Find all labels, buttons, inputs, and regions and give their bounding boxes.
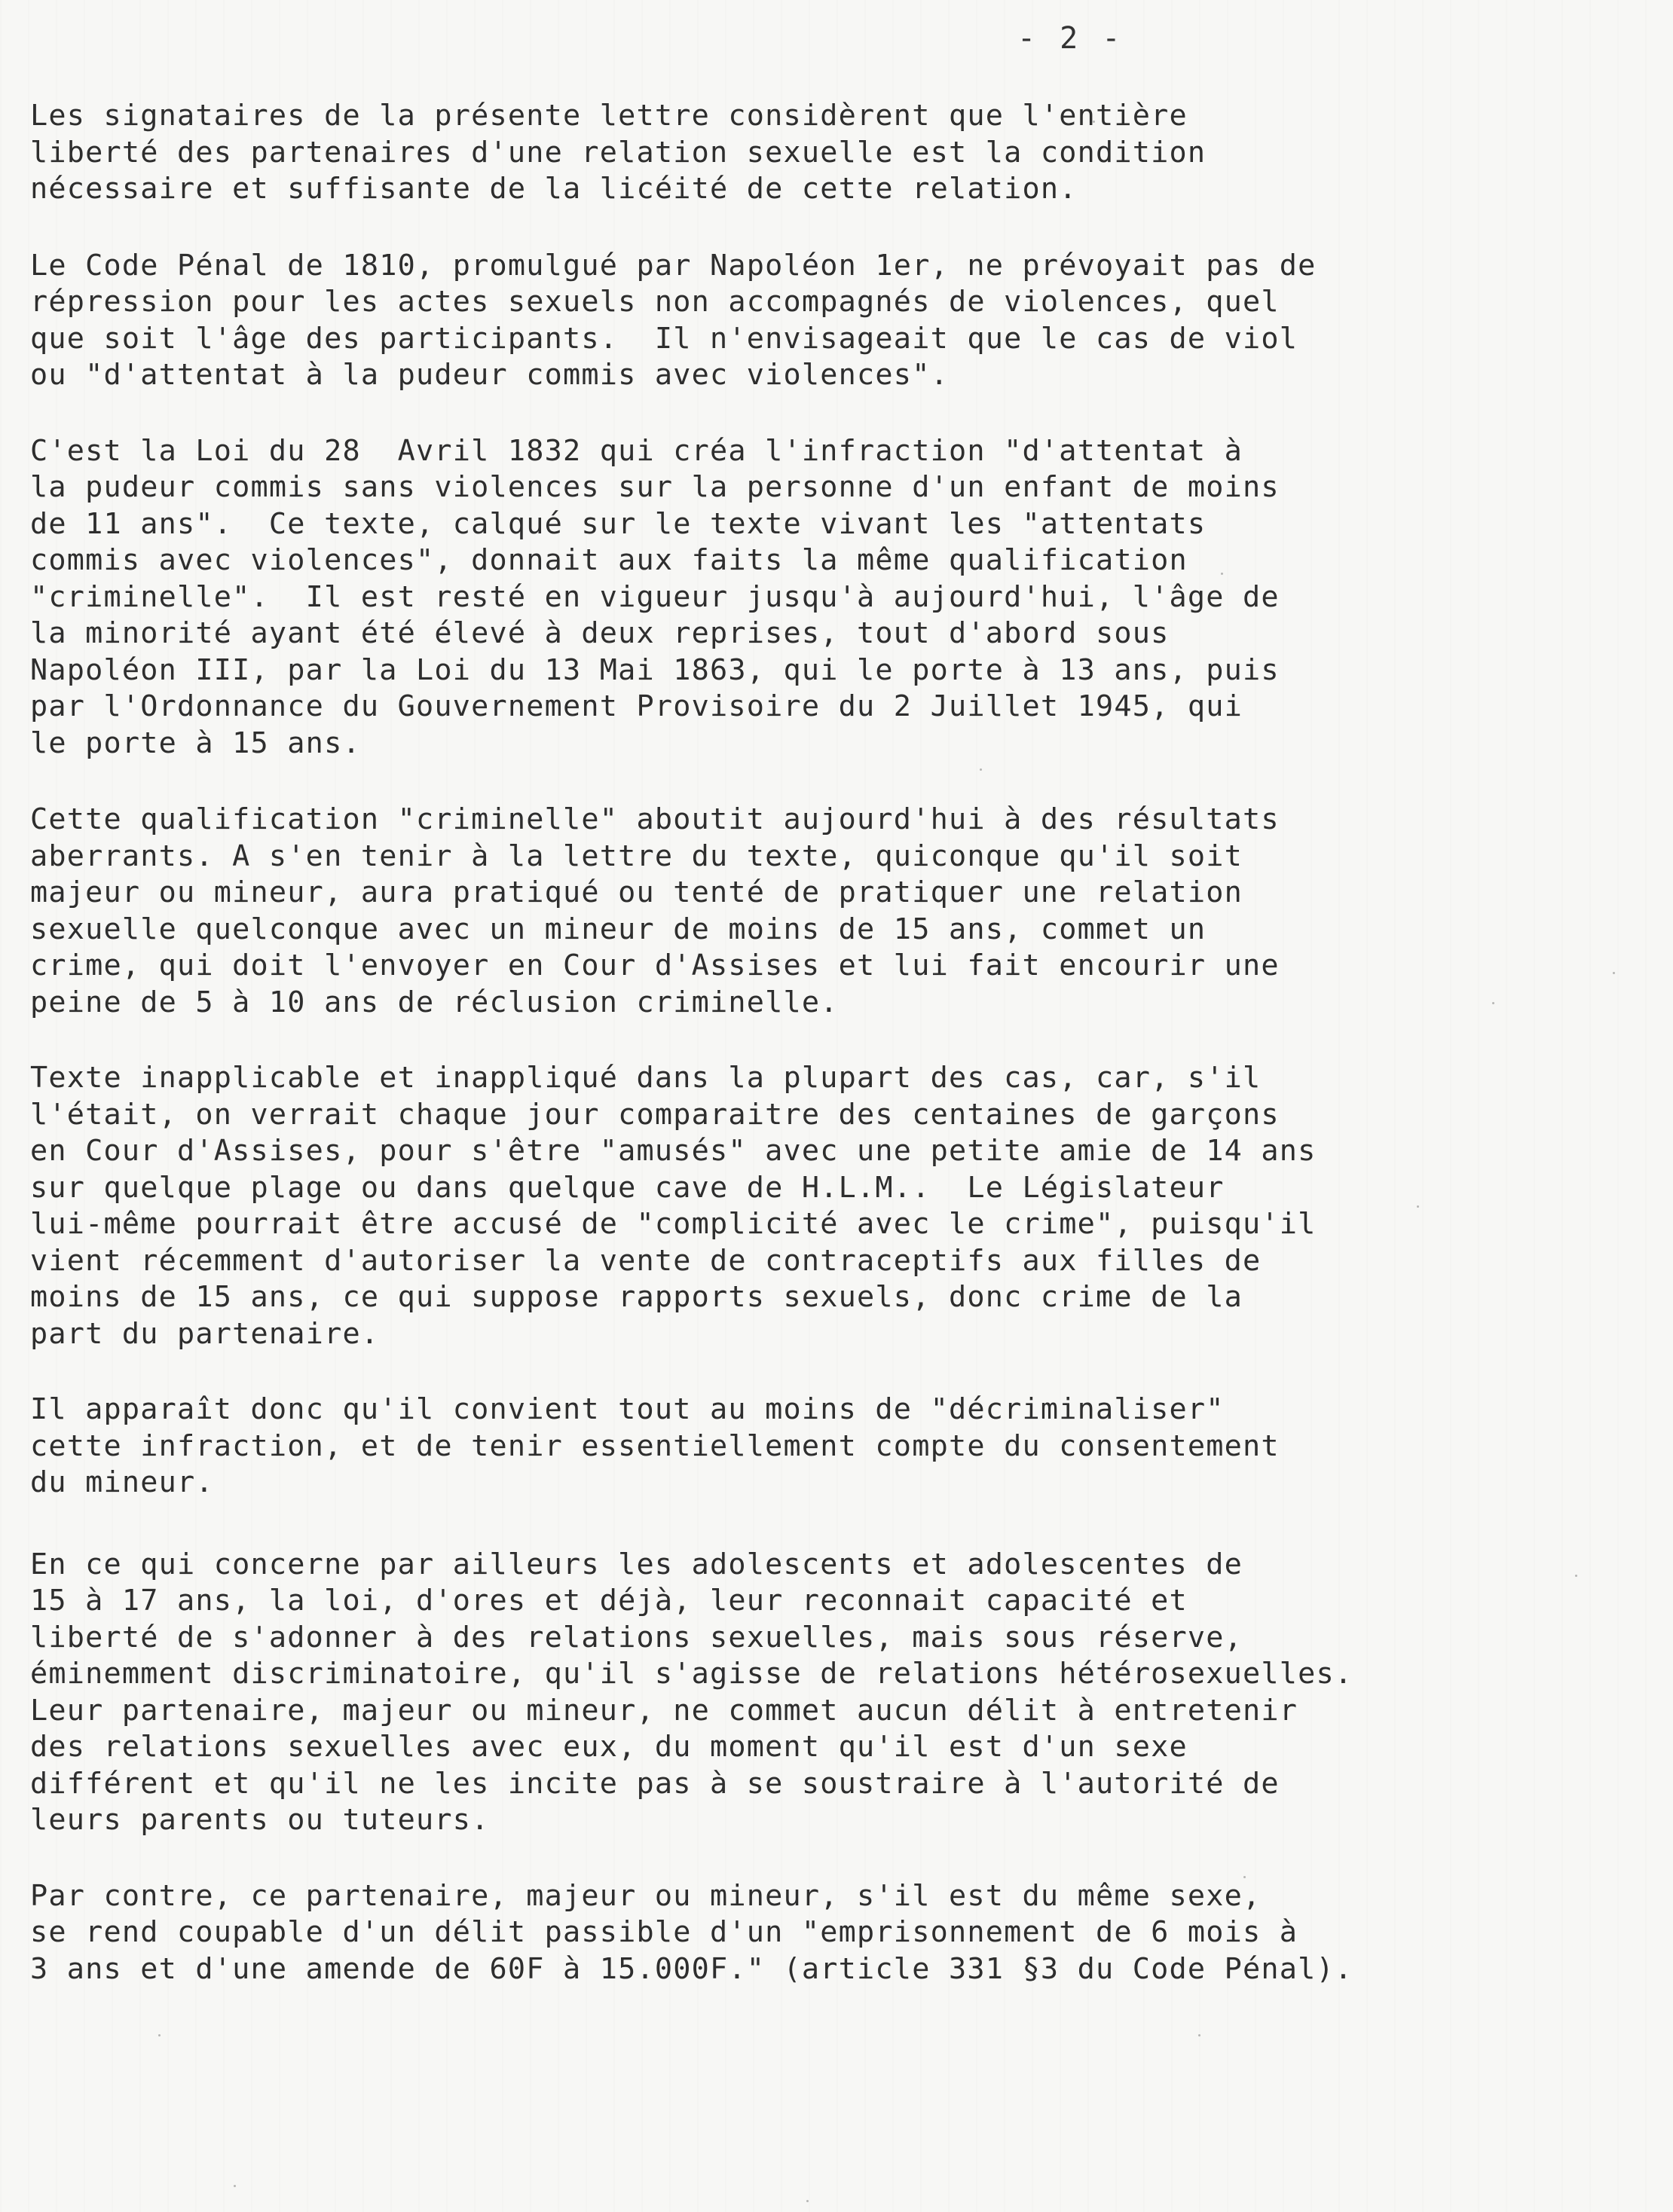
text-line: des relations sexuelles avec eux, du mom…: [30, 1729, 1665, 1766]
text-line: sur quelque plage ou dans quelque cave d…: [30, 1170, 1665, 1207]
text-line: leurs parents ou tuteurs.: [30, 1802, 1665, 1839]
speck-mark: [1575, 1575, 1577, 1577]
text-line: Napoléon III, par la Loi du 13 Mai 1863,…: [30, 652, 1665, 689]
speck-mark: [1198, 2034, 1200, 2036]
text-line: En ce qui concerne par ailleurs les adol…: [30, 1547, 1665, 1584]
text-line: crime, qui doit l'envoyer en Cour d'Assi…: [30, 948, 1665, 985]
paragraph: Cette qualification "criminelle" aboutit…: [30, 802, 1665, 1021]
text-line: nécessaire et suffisante de la licéité d…: [30, 171, 1665, 208]
paragraph: Les signataires de la présente lettre co…: [30, 98, 1665, 208]
text-line: Il apparaît donc qu'il convient tout au …: [30, 1392, 1665, 1428]
text-line: peine de 5 à 10 ans de réclusion crimine…: [30, 985, 1665, 1022]
speck-mark: [234, 2185, 236, 2187]
paragraph: Il apparaît donc qu'il convient tout au …: [30, 1392, 1665, 1502]
paragraph: Le Code Pénal de 1810, promulgué par Nap…: [30, 248, 1665, 394]
text-line: éminemment discriminatoire, qu'il s'agis…: [30, 1656, 1665, 1693]
page-number: - 2 -: [1017, 21, 1123, 56]
text-line: 3 ans et d'une amende de 60F à 15.000F."…: [30, 1951, 1665, 1988]
text-line: la minorité ayant été élevé à deux repri…: [30, 616, 1665, 652]
text-line: majeur ou mineur, aura pratiqué ou tenté…: [30, 875, 1665, 912]
text-line: Le Code Pénal de 1810, promulgué par Nap…: [30, 248, 1665, 285]
text-line: liberté des partenaires d'une relation s…: [30, 135, 1665, 172]
text-line: le porte à 15 ans.: [30, 726, 1665, 762]
text-line: l'était, on verrait chaque jour comparai…: [30, 1097, 1665, 1134]
speck-mark: [980, 768, 982, 771]
text-line: de 11 ans". Ce texte, calqué sur le text…: [30, 506, 1665, 543]
paragraph: Par contre, ce partenaire, majeur ou min…: [30, 1878, 1665, 1988]
text-line: se rend coupable d'un délit passible d'u…: [30, 1914, 1665, 1951]
speck-mark: [158, 2034, 161, 2036]
speck-mark: [1492, 1002, 1494, 1004]
text-line: la pudeur commis sans violences sur la p…: [30, 469, 1665, 506]
text-line: vient récemment d'autoriser la vente de …: [30, 1243, 1665, 1280]
speck-mark: [1613, 972, 1615, 974]
text-line: Texte inapplicable et inappliqué dans la…: [30, 1060, 1665, 1097]
text-line: Les signataires de la présente lettre co…: [30, 98, 1665, 135]
text-line: ou "d'attentat à la pudeur commis avec v…: [30, 357, 1665, 394]
text-line: lui-même pourrait être accusé de "compli…: [30, 1206, 1665, 1243]
text-line: moins de 15 ans, ce qui suppose rapports…: [30, 1279, 1665, 1316]
text-line: commis avec violences", donnait aux fait…: [30, 542, 1665, 579]
text-line: C'est la Loi du 28 Avril 1832 qui créa l…: [30, 433, 1665, 470]
text-line: par l'Ordonnance du Gouvernement Proviso…: [30, 689, 1665, 726]
text-line: "criminelle". Il est resté en vigueur ju…: [30, 579, 1665, 616]
text-line: Par contre, ce partenaire, majeur ou min…: [30, 1878, 1665, 1915]
text-line: cette infraction, et de tenir essentiell…: [30, 1428, 1665, 1465]
text-line: en Cour d'Assises, pour s'être "amusés" …: [30, 1133, 1665, 1170]
document-body: Les signataires de la présente lettre co…: [30, 98, 1665, 1987]
typewritten-page: - 2 - Les signataires de la présente let…: [0, 0, 1673, 2212]
speck-mark: [1221, 573, 1223, 575]
paragraph: En ce qui concerne par ailleurs les adol…: [30, 1547, 1665, 1839]
text-line: différent et qu'il ne les incite pas à s…: [30, 1766, 1665, 1803]
paragraph: Texte inapplicable et inappliqué dans la…: [30, 1060, 1665, 1352]
text-line: du mineur.: [30, 1465, 1665, 1502]
speck-mark: [806, 2200, 809, 2202]
text-line: part du partenaire.: [30, 1316, 1665, 1353]
text-line: liberté de s'adonner à des relations sex…: [30, 1620, 1665, 1657]
text-line: Cette qualification "criminelle" aboutit…: [30, 802, 1665, 839]
speck-mark: [1093, 121, 1095, 123]
speck-mark: [1243, 1876, 1246, 1878]
text-line: Leur partenaire, majeur ou mineur, ne co…: [30, 1693, 1665, 1730]
speck-mark: [1417, 1205, 1419, 1208]
text-line: sexuelle quelconque avec un mineur de mo…: [30, 912, 1665, 949]
text-line: 15 à 17 ans, la loi, d'ores et déjà, leu…: [30, 1583, 1665, 1620]
text-line: aberrants. A s'en tenir à la lettre du t…: [30, 839, 1665, 875]
text-line: que soit l'âge des participants. Il n'en…: [30, 321, 1665, 358]
paragraph: C'est la Loi du 28 Avril 1832 qui créa l…: [30, 433, 1665, 762]
text-line: répression pour les actes sexuels non ac…: [30, 284, 1665, 321]
